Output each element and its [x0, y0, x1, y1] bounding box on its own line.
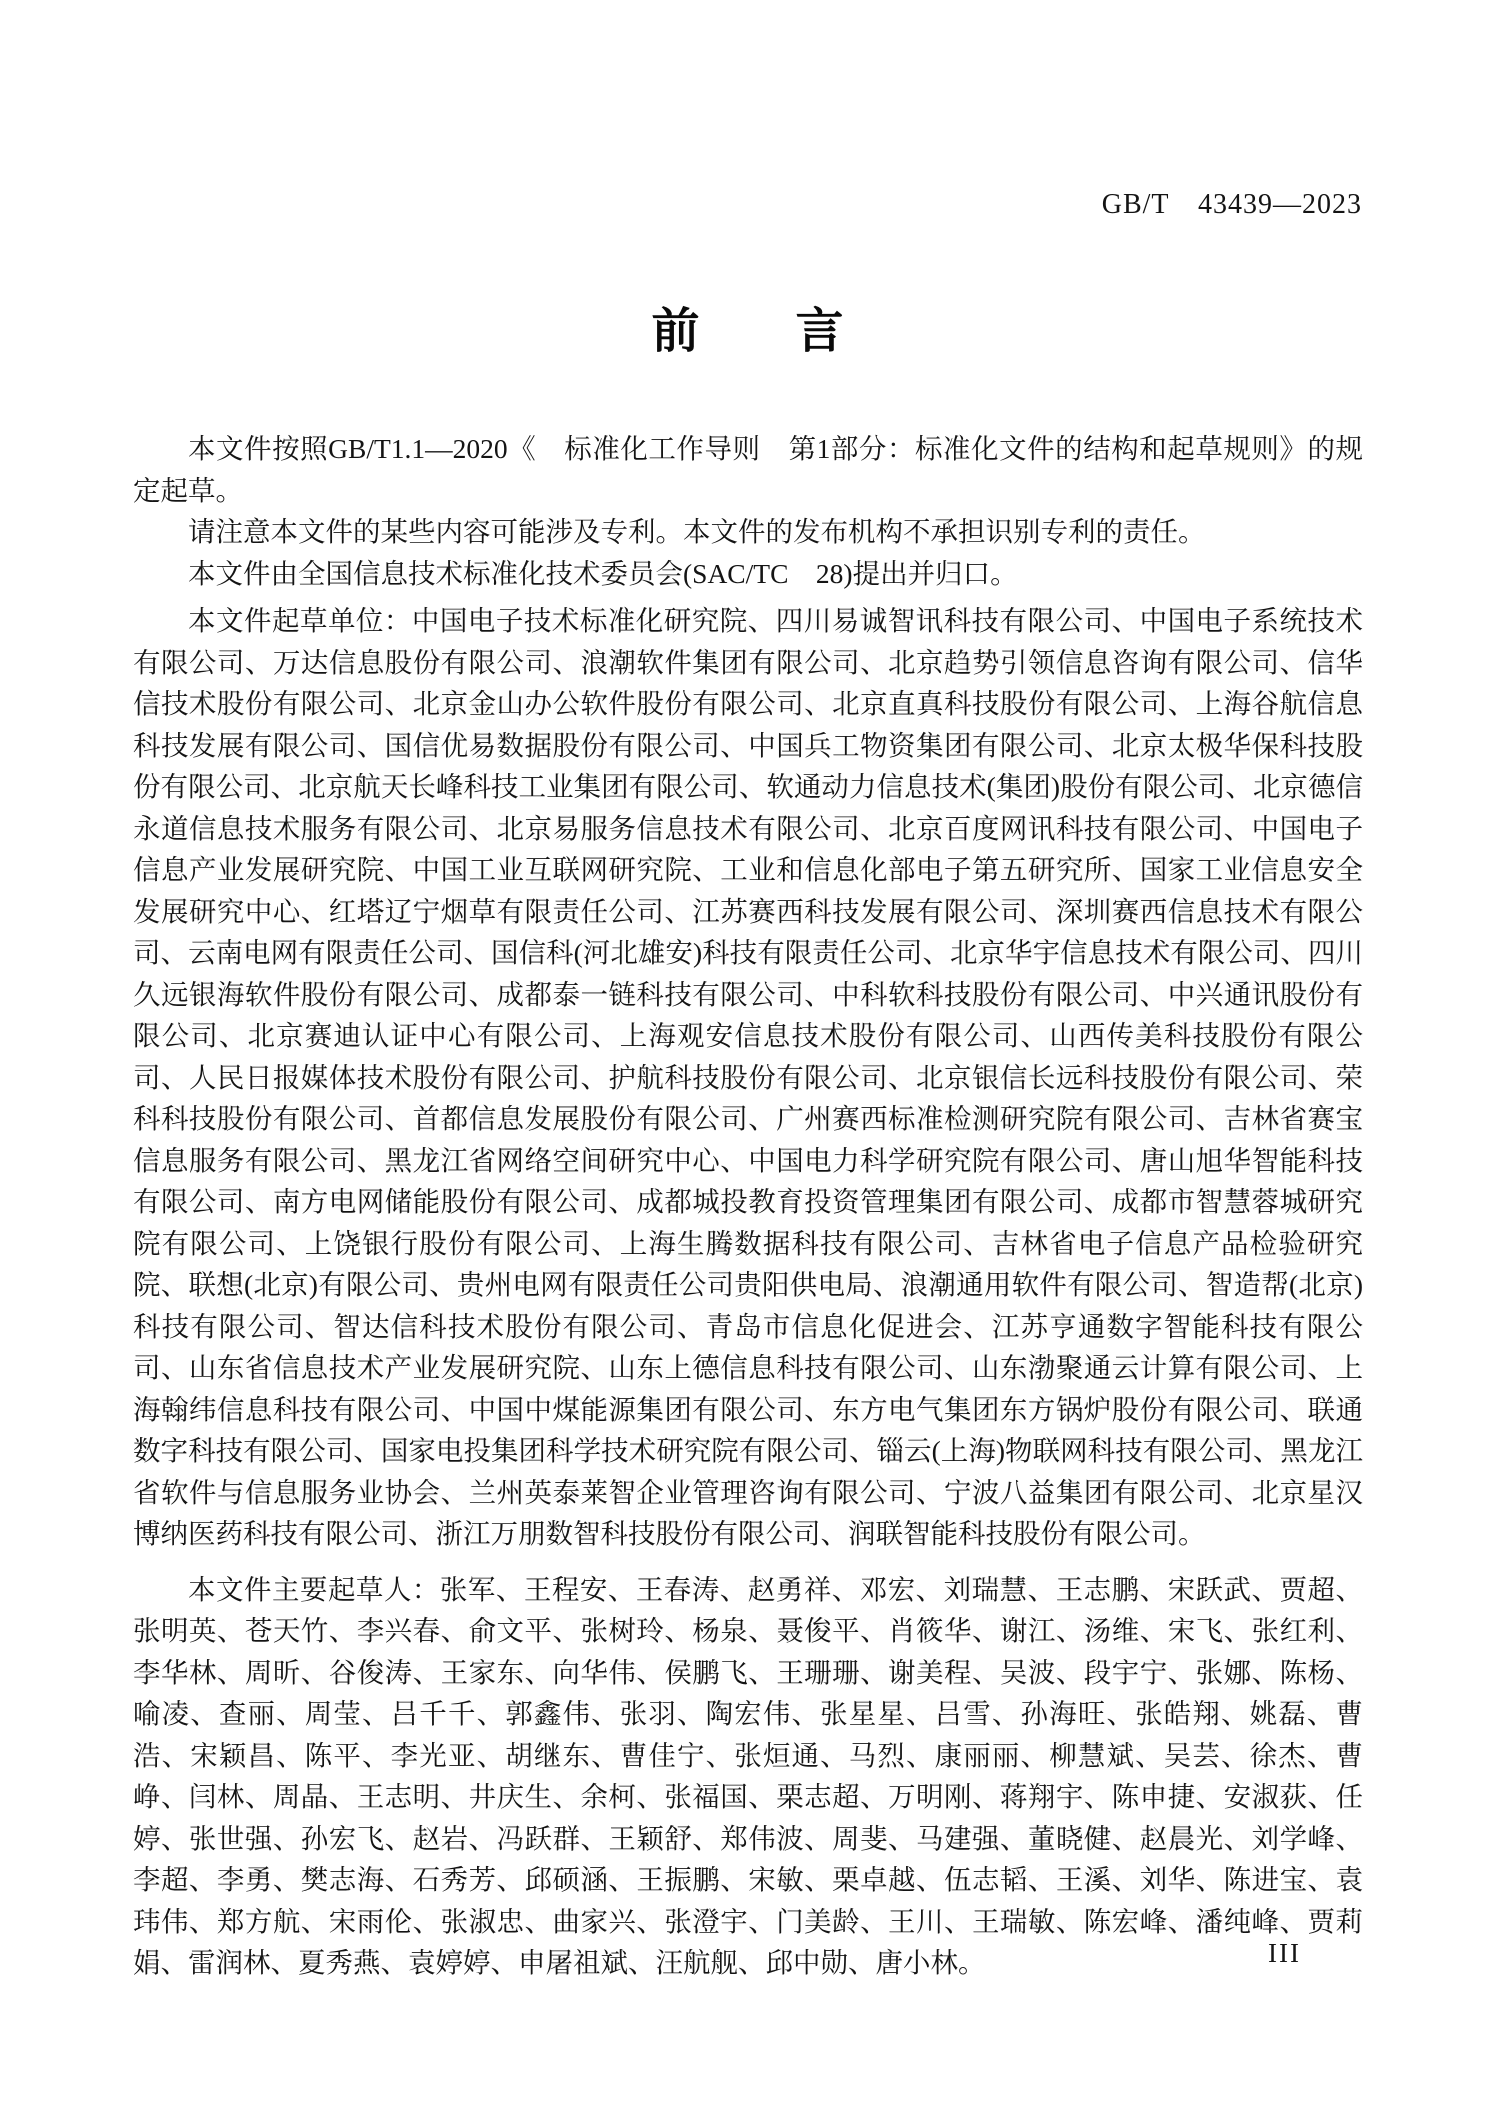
- foreword-body: 本文件按照GB/T1.1—2020《 标准化工作导则 第1部分：标准化文件的结构…: [133, 428, 1363, 1984]
- paragraph-patent-notice: 请注意本文件的某些内容可能涉及专利。本文件的发布机构不承担识别专利的责任。: [133, 511, 1363, 553]
- paragraph-main-drafters: 本文件主要起草人：张军、王程安、王春涛、赵勇祥、邓宏、刘瑞慧、王志鹏、宋跃武、贾…: [133, 1569, 1363, 1984]
- paragraph-drafting-units: 本文件起草单位：中国电子技术标准化研究院、四川易诚智讯科技有限公司、中国电子系统…: [133, 600, 1363, 1555]
- document-page: GB/T 43439—2023 前 言 本文件按照GB/T1.1—2020《 标…: [0, 0, 1495, 2112]
- paragraph-committee: 本文件由全国信息技术标准化技术委员会(SAC/TC 28)提出并归口。: [133, 553, 1363, 595]
- page-number: III: [1268, 1938, 1301, 1969]
- page-title: 前 言: [0, 292, 1495, 361]
- paragraph-drafting-basis: 本文件按照GB/T1.1—2020《 标准化工作导则 第1部分：标准化文件的结构…: [133, 428, 1363, 511]
- standard-number: GB/T 43439—2023: [1102, 182, 1362, 222]
